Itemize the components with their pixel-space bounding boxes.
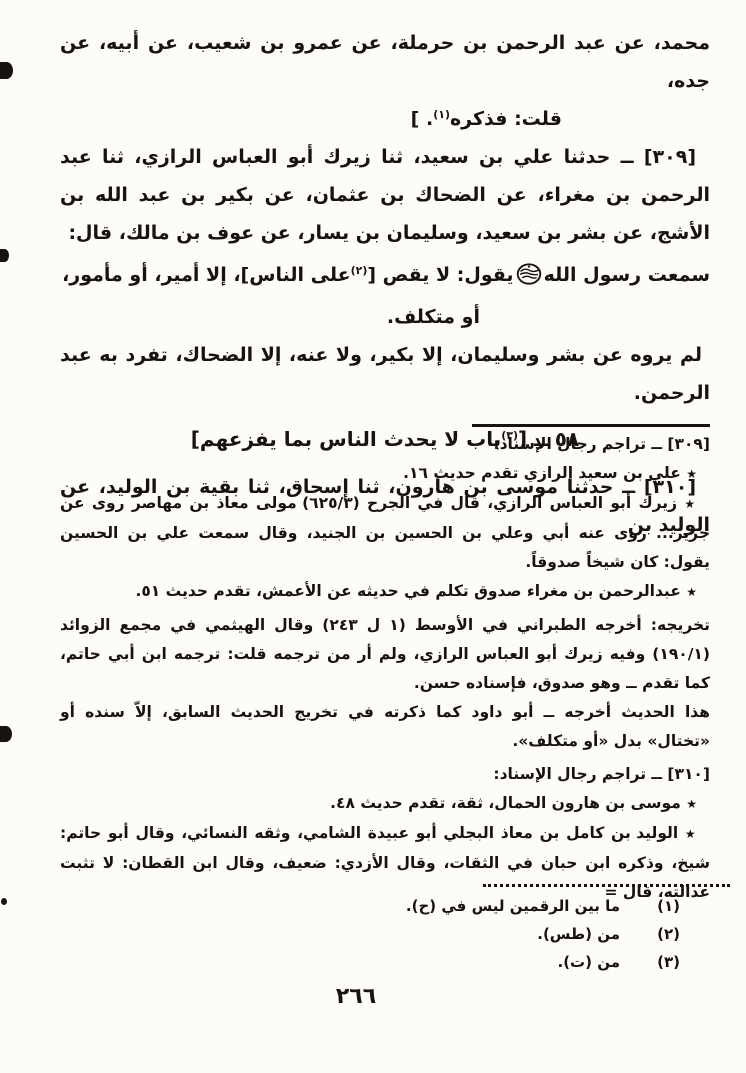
- footnote-separator-rule: [472, 424, 710, 427]
- narrator-note-musa-ibn-harun: ★ موسى بن هارون الحمال، ثقة، تقدم حديث ٤…: [60, 789, 710, 819]
- hadith-309-isnad: [٣٠٩] ــ حدثنا علي بن سعيد، ثنا زيرك أبو…: [60, 138, 710, 252]
- hadith-309-matn: سمعت رسول الله يقول: لا يقص [(٢)على النا…: [60, 256, 710, 298]
- qultu-line: قلت: فذكره(١). ]: [60, 100, 562, 138]
- apparatus-note-1: (١) ما بين الرقمين ليس في (ح).: [360, 892, 680, 920]
- apparatus-notes: (١) ما بين الرقمين ليس في (ح). (٢) من (ط…: [360, 892, 680, 976]
- takhrij-note: تخريجه: أخرجه الطبراني في الأوسط (١ ل ٢٤…: [60, 611, 710, 698]
- abu-dawud-comparison-note: هذا الحديث أخرجه ــ أبو داود كما ذكرته ف…: [60, 698, 710, 756]
- page-number: ٢٦٦: [326, 984, 386, 1009]
- tafarrud-comment: لم يروه عن بشر وسليمان، إلا بكير، ولا عن…: [60, 336, 710, 412]
- apparatus-note-2: (٢) من (طس).: [360, 920, 680, 948]
- narrator-note-abdurrahman: ★ عبدالرحمن بن مغراء صدوق تكلم في حديثه …: [60, 577, 710, 607]
- narrator-note-text: عبدالرحمن بن مغراء صدوق تكلم في حديثه عن…: [135, 582, 680, 600]
- narrator-note-text: موسى بن هارون الحمال، ثقة، تقدم حديث ٤٨.: [330, 794, 681, 812]
- hadith-309-matn-last-line: أو متكلف.: [60, 298, 480, 336]
- matn-text-mid: يقول: لا يقص [: [367, 264, 513, 286]
- footnotes-block: [٣٠٩] ــ تراجم رجال الإسناد: ★ علي بن سع…: [60, 430, 710, 907]
- narrator-note-text: الوليد بن كامل بن معاذ البجلي أبو عبيدة …: [60, 824, 710, 901]
- matn-text-start: سمعت رسول الله: [544, 264, 710, 286]
- footnote-310-header: [٣١٠] ــ تراجم رجال الإسناد:: [60, 760, 710, 789]
- apparatus-note-number: (١): [648, 892, 680, 920]
- star-bullet-icon: ★: [686, 585, 697, 599]
- scan-artifact: [0, 726, 12, 742]
- footnote-ref-1: (١): [433, 108, 450, 121]
- apparatus-dotted-rule: [483, 884, 730, 887]
- apparatus-note-number: (٢): [648, 920, 680, 948]
- footnote-ref-2: (٢): [351, 264, 368, 277]
- star-bullet-icon: ★: [685, 827, 697, 841]
- narrator-note-text: زيرك أبو العباس الرازي، قال في الجرح (٦٢…: [60, 494, 710, 571]
- star-bullet-icon: ★: [684, 497, 697, 511]
- scanned-book-page: محمد، عن عبد الرحمن بن حرملة، عن عمرو بن…: [0, 0, 746, 1073]
- narrator-note-ali-ibn-said: ★ علي بن سعيد الرازي تقدم حديث ١٦.: [60, 459, 710, 489]
- scan-artifact: [0, 249, 9, 262]
- star-bullet-icon: ★: [686, 467, 697, 481]
- apparatus-note-text: ما بين الرقمين ليس في (ح).: [406, 892, 620, 920]
- scan-artifact: [1, 898, 7, 905]
- apparatus-note-number: (٣): [648, 948, 680, 976]
- star-bullet-icon: ★: [686, 797, 697, 811]
- matn-text-rest: على الناس]، إلا أمير، أو مأمور،: [62, 264, 350, 286]
- footnote-309-header: [٣٠٩] ــ تراجم رجال الإسناد:: [60, 430, 710, 459]
- isnad-continuation-line: محمد، عن عبد الرحمن بن حرملة، عن عمرو بن…: [60, 24, 710, 100]
- narrator-note-text: علي بن سعيد الرازي تقدم حديث ١٦.: [403, 464, 681, 482]
- pbuh-medallion-icon: [516, 260, 542, 298]
- apparatus-note-3: (٣) من (ت).: [360, 948, 680, 976]
- qultu-text: قلت: فذكره: [450, 108, 562, 130]
- apparatus-note-text: من (ت).: [558, 948, 621, 976]
- scan-artifact: [0, 62, 13, 79]
- narrator-note-zirak: ★ زيرك أبو العباس الرازي، قال في الجرح (…: [60, 489, 710, 577]
- apparatus-note-text: من (طس).: [537, 920, 620, 948]
- qultu-bracket: . ]: [411, 108, 434, 130]
